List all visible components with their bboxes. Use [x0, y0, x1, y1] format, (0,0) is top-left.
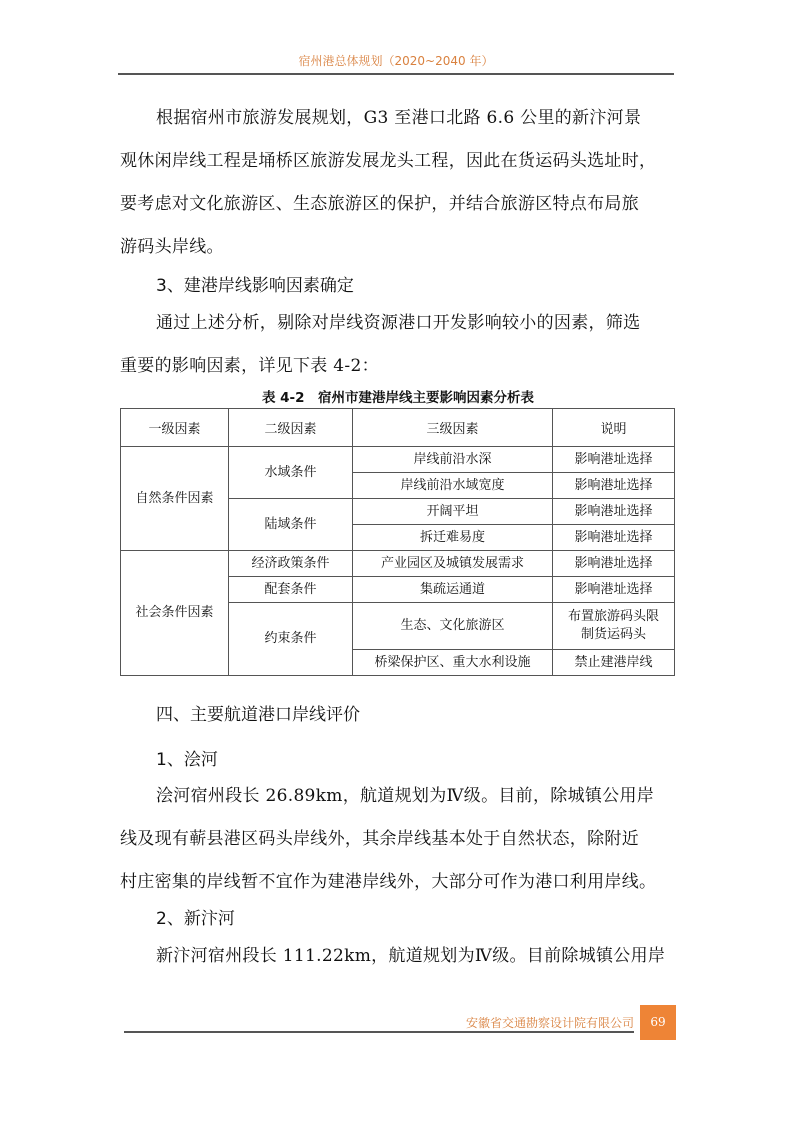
table-row: 自然条件因素 水域条件 岸线前沿水深 影响港址选择: [121, 447, 675, 473]
paragraph-tourism-planning: 根据宿州市旅游发展规划，G3 至港口北路 6.6 公里的新汴河景 观休闲岸线工程…: [120, 97, 676, 269]
text-line: 观休闲岸线工程是埇桥区旅游发展龙头工程，因此在货运码头选址时，: [120, 140, 676, 183]
page-number: 69: [640, 1005, 676, 1040]
level3-cell: 开阔平坦: [353, 499, 553, 525]
paragraph-xinbianhe: 新汴河宿州段长 111.22km，航道规划为Ⅳ级。目前除城镇公用岸: [120, 935, 676, 978]
running-header: 宿州港总体规划（2020~2040 年）: [118, 52, 674, 69]
note-cell: 影响港址选择: [553, 447, 675, 473]
header-level2: 二级因素: [229, 409, 353, 447]
factor-analysis-table: 一级因素 二级因素 三级因素 说明 自然条件因素 水域条件 岸线前沿水深 影响港…: [120, 408, 675, 676]
header-rule: [118, 73, 674, 75]
level1-cell: 社会条件因素: [121, 551, 229, 676]
note-cell: 禁止建港岸线: [553, 650, 675, 676]
level3-cell: 产业园区及城镇发展需求: [353, 551, 553, 577]
level3-cell: 集疏运通道: [353, 577, 553, 603]
text-line: 重要的影响因素，详见下表 4-2：: [120, 345, 676, 388]
text-line: 浍河宿州段长 26.89km，航道规划为Ⅳ级。目前，除城镇公用岸: [120, 775, 676, 818]
level2-cell: 约束条件: [229, 603, 353, 676]
note-cell: 影响港址选择: [553, 499, 675, 525]
text-line: 通过上述分析，剔除对岸线资源港口开发影响较小的因素，筛选: [120, 302, 676, 345]
level2-cell: 陆域条件: [229, 499, 353, 551]
level3-cell: 桥梁保护区、重大水利设施: [353, 650, 553, 676]
level3-cell: 生态、文化旅游区: [353, 603, 553, 650]
text-line: 要考虑对文化旅游区、生态旅游区的保护，并结合旅游区特点布局旅: [120, 183, 676, 226]
table-header-row: 一级因素 二级因素 三级因素 说明: [121, 409, 675, 447]
table-row: 社会条件因素 经济政策条件 产业园区及城镇发展需求 影响港址选择: [121, 551, 675, 577]
note-cell: 布置旅游码头限制货运码头: [553, 603, 675, 650]
level2-cell: 配套条件: [229, 577, 353, 603]
text-line: 村庄密集的岸线暂不宜作为建港岸线外，大部分可作为港口利用岸线。: [120, 861, 676, 904]
text-line: 根据宿州市旅游发展规划，G3 至港口北路 6.6 公里的新汴河景: [120, 97, 676, 140]
subsection-heading-huihe: 1、浍河: [156, 745, 218, 770]
section-heading-4: 四、主要航道港口岸线评价: [156, 700, 360, 725]
level3-cell: 拆迁难易度: [353, 525, 553, 551]
note-cell: 影响港址选择: [553, 577, 675, 603]
header-note: 说明: [553, 409, 675, 447]
paragraph-factor-screening: 通过上述分析，剔除对岸线资源港口开发影响较小的因素，筛选 重要的影响因素，详见下…: [120, 302, 676, 388]
header-level3: 三级因素: [353, 409, 553, 447]
level2-cell: 经济政策条件: [229, 551, 353, 577]
text-line: 线及现有蕲县港区码头岸线外，其余岸线基本处于自然状态，除附近: [120, 818, 676, 861]
level3-cell: 岸线前沿水深: [353, 447, 553, 473]
level1-cell: 自然条件因素: [121, 447, 229, 551]
table-caption: 表 4-2 宿州市建港岸线主要影响因素分析表: [120, 386, 676, 406]
text-line: 新汴河宿州段长 111.22km，航道规划为Ⅳ级。目前除城镇公用岸: [120, 935, 676, 978]
text-line: 游码头岸线。: [120, 226, 676, 269]
note-cell: 影响港址选择: [553, 525, 675, 551]
note-cell: 影响港址选择: [553, 551, 675, 577]
footer-rule: [124, 1031, 634, 1033]
level2-cell: 水域条件: [229, 447, 353, 499]
subsection-heading-xinbianhe: 2、新汴河: [156, 904, 235, 929]
note-cell: 影响港址选择: [553, 473, 675, 499]
footer-company: 安徽省交通勘察设计院有限公司: [466, 1014, 634, 1031]
section-heading-3: 3、建港岸线影响因素确定: [156, 271, 354, 296]
paragraph-huihe: 浍河宿州段长 26.89km，航道规划为Ⅳ级。目前，除城镇公用岸 线及现有蕲县港…: [120, 775, 676, 904]
header-level1: 一级因素: [121, 409, 229, 447]
level3-cell: 岸线前沿水域宽度: [353, 473, 553, 499]
